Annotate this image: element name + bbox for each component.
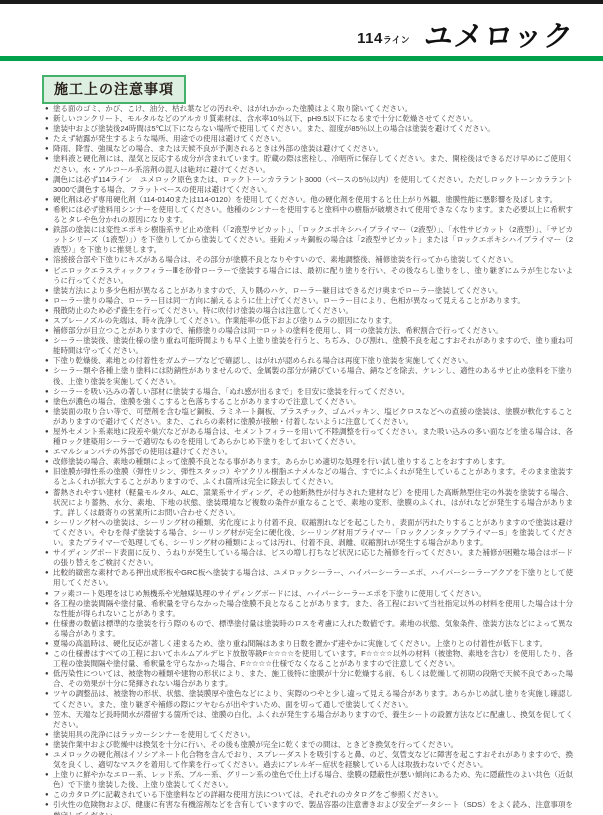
note-item: 新しいコンクリート、モルタルなどのアルカリ質素材は、含水率10％以下、pH9.5… [45,114,573,124]
green-divider [0,56,603,61]
note-item: シーラー類や各種上塗り塗料には防錆性がありませんので、金属製の部分が錆びている場… [45,366,573,386]
note-item: 仕様書の数値は標準的な塗装を行う際のもので、標準塗付量は塗装時のロスを考慮に入れ… [45,619,573,639]
note-item: 塗装面の取り合い等で、可塑剤を含む塩ビ鋼板、ラミネート鋼板、プラスチック、ゴムパ… [45,407,573,427]
note-item: 旧塗膜が弾性系の塗膜（弾性リシン、弾性スタッコ）やアクリル樹脂エナメルなどの場合… [45,467,573,487]
note-item: 塗る面のゴミ、かび、こけ、油分、枯れ葉などの汚れや、はがれかかった塗膜はよく取り… [45,104,573,114]
note-item: ツヤの調整品は、被塗物の形状、状態、塗装膜厚や塗色などにより、実際のつやと少し違… [45,689,573,709]
note-item: 塗装方法により多少色相が異なることがありますので、入り隅のハケ、ローラー継目はで… [45,286,573,296]
note-item: 塗装用具の洗浄にはラッカーシンナーを使用してください。 [45,730,573,740]
note-item: スプレーノズルの先端は、時々洗浄してください。作業能率の低下および塗りムラの原因… [45,316,573,326]
note-item: 上塗りに鮮やかなエロー系、レッド系、ブルー系、グリーン系の塗色で仕上げる場合、塗… [45,770,573,790]
note-item: 調色には必ず114ライン ユメロック原色または、ロックトーンカララント3000（… [45,175,573,195]
note-item: エマルションパテの外部での使用は避けてください。 [45,447,573,457]
note-item: ユメロックの硬化剤はイソシアネート化合物を含んでおり、スプレーダストを吸引すると… [45,750,573,770]
header: 114ライン ユメロック [0,12,573,52]
note-item: 希釈には必ず塗料用シンナーを使用してください。他種のシンナーを使用すると塗料中の… [45,205,573,225]
note-item: 夏場の高温時は、硬化反応が著しく速まるため、塗り重ね間隔はあまり日数を置かず速や… [45,639,573,649]
note-item: 塗装中および塗装後24時間は5℃以下にならない場所で使用してください。また、湿度… [45,124,573,134]
note-item: たえず結露が発生するような場所、用途での使用は避けてください。 [45,134,573,144]
note-item: ビニロックエラスティックフィラーⅢを砂骨ローラーで塗装する場合には、最初に配り塗… [45,266,573,286]
note-item: 塗料液と硬化剤には、湿気と反応する成分が含まれています。貯蔵の際は密栓し、冷暗所… [45,154,573,174]
brand-logo: ユメロック [422,23,574,52]
note-item: サイディングボード表面に反り、うねりが発生している場合は、ビスの増し打ちなど状況… [45,548,573,568]
note-item: 屋外セメント系素地に段差や巣穴などがある場合は、セメントフィラーを用いて不陸調整… [45,427,573,447]
note-item: 各工程の塗装間隔や塗付量、希釈量を守らなかった場合塗膜不良となることがあります。… [45,599,573,619]
note-item: シーリング材への塗装は、シーリング材の種類、劣化度により付着不良、収縮割れなどを… [45,518,573,548]
note-item: このカタログに記載されている下塗塗料などの詳細な使用方法については、それぞれのカ… [45,790,573,800]
section-title: 施工上の注意事項 [42,75,186,104]
note-item: 比較的緻密な素材である押出成形板やGRC板へ塗装する場合は、ユメロックシーラー、… [45,568,573,588]
note-item: 蓄熱されやすい建材（軽量モルタル、ALC、窯業系サイディング、その他断熱性が付与… [45,488,573,518]
note-item: ローラー塗りの場合、ローラー目は同一方向に揃えるように仕上げてください。ローラー… [45,296,573,306]
note-item: フッ素コート処理をはじめ無機系や光触媒処理のサイディングボードには、ハイパーシー… [45,589,573,599]
note-item: 下塗り乾燥後、素地との付着性をガムテープなどで確認し、はがれが認められる場合は再… [45,356,573,366]
note-item: シーラーを吸い込みの著しい部材に塗装する場合、「ぬれ感が出るまで」を目安に塗装を… [45,387,573,397]
note-item: 改修塗装の場合、素地の種類によって塗膜不良となる事があります。あらかじめ適切な処… [45,457,573,467]
top-bar [0,0,603,4]
line-number: 114 [357,30,383,47]
note-item: 補修部分が目立つことがありますので、補修塗りの場合は同一ロットの塗料を使用し、同… [45,326,573,336]
note-item: 塗色が濃色の場合、塗膜を強くこすると色落ちすることがありますので注意してください… [45,397,573,407]
page: 114ライン ユメロック 施工上の注意事項 塗る面のゴミ、かび、こけ、油分、枯れ… [0,0,603,815]
product-line-label: 114ライン [357,30,409,48]
note-item: この仕様書はすべての工程においてホルムアルデヒド放散等級F☆☆☆☆を使用していま… [45,649,573,669]
note-item: 塗装作業中および乾燥中は換気を十分に行い、その後も塗膜が完全に乾くまでの間は、と… [45,740,573,750]
note-item: 降雨、降雪、強風などの場合、または天候不良が予測されるときは外部の塗装は避けてく… [45,144,573,154]
note-item: 引火性の危険物および、健康に有害な有機溶剤などを含有していますので、製品容器の注… [45,800,573,815]
note-item: シーラー塗装後、塗装仕様の塗り重ね可能時間よりも早く上塗り塗装を行うと、ちぢみ、… [45,336,573,356]
notes-list: 塗る面のゴミ、かび、こけ、油分、枯れ葉などの汚れや、はがれかかった塗膜はよく取り… [45,104,573,815]
note-item: 溶接接合部や下塗りにキズがある場合は、その部分が塗膜不良となりやすいので、素地調… [45,255,573,265]
note-item: 硬化剤は必ず専用硬化剤（114-0140または114-0120）を使用してくださ… [45,195,573,205]
note-item: 笠木、天端など長時間水が滞留する箇所では、塗膜の白化、ふくれが発生する場合があり… [45,710,573,730]
note-item: 飛散防止のため必ず養生を行ってください。特に吹付け塗装の場合は注意してください。 [45,306,573,316]
note-item: 鉄部の塗装には変性エポキシ樹脂系サビ止め塗料（「2液型サビカット」、「ロックエポ… [45,225,573,255]
note-item: 低汚染性については、被塗物の種類や建物の形状により、また、施工後特に塗膜が十分に… [45,669,573,689]
line-suffix: ライン [383,35,410,45]
